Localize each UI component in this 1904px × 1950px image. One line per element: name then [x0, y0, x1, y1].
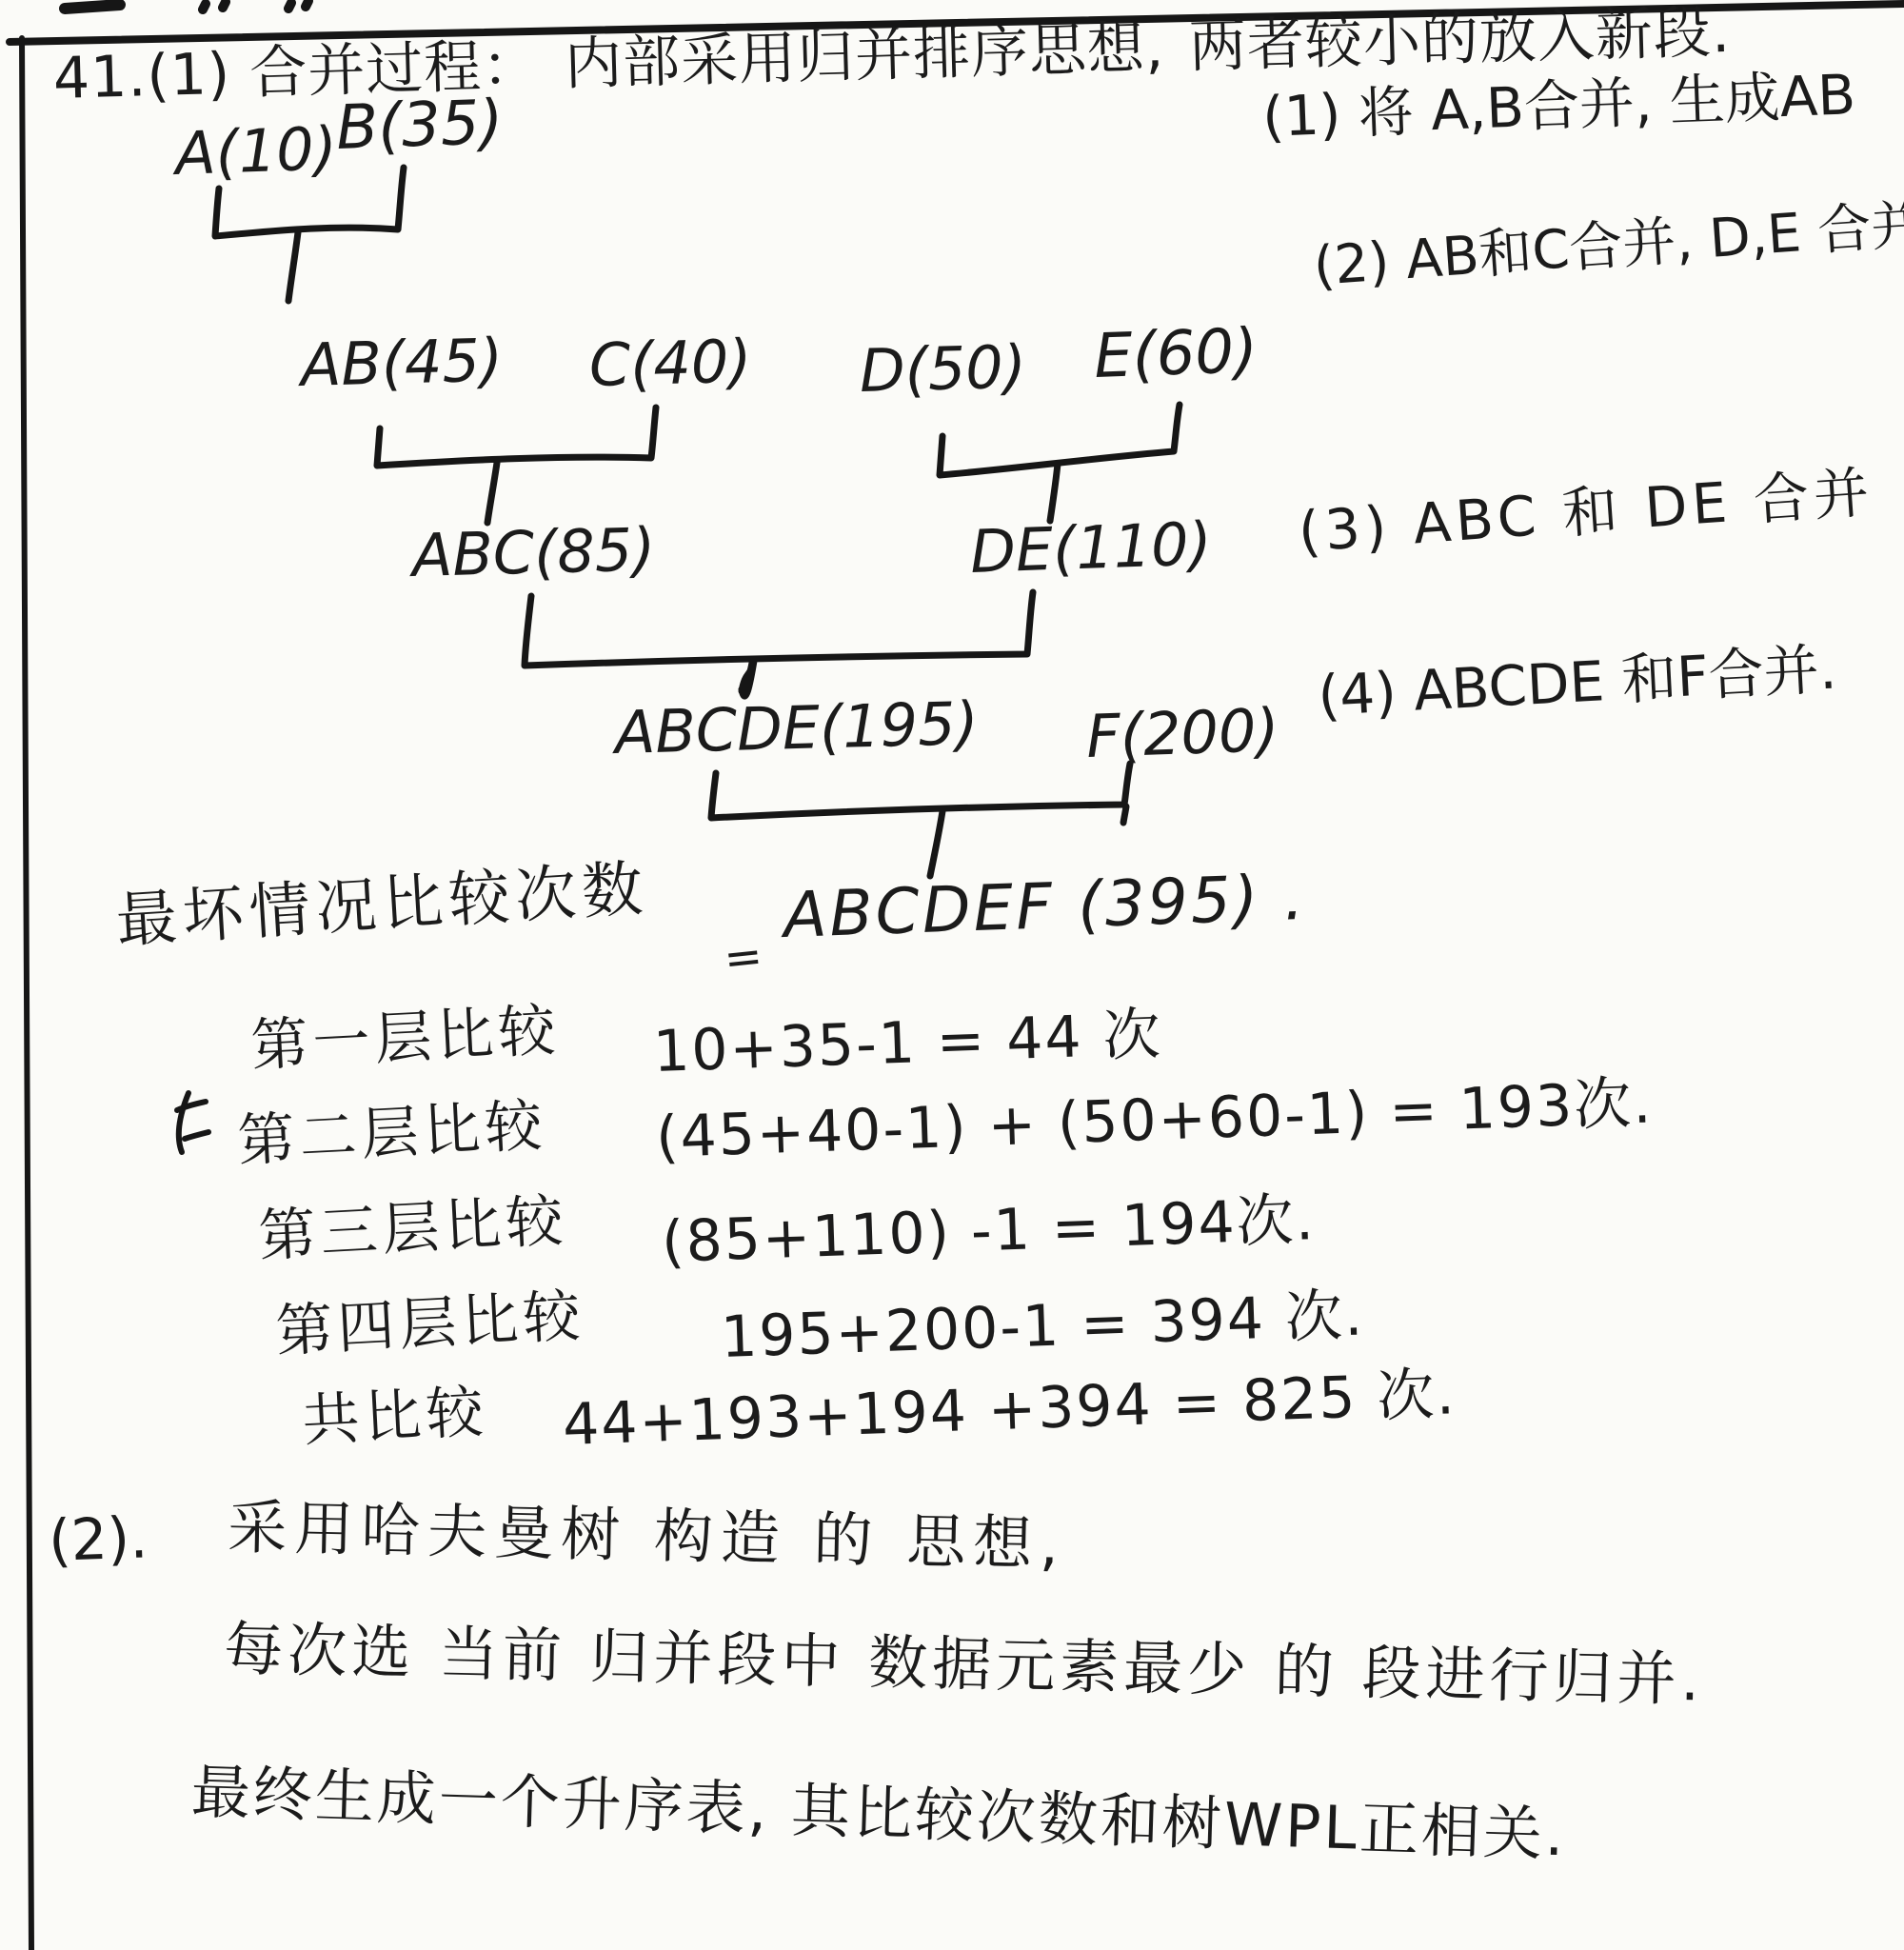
border-left-line [22, 38, 31, 1950]
stray-mark [65, 5, 120, 9]
stray-mark [203, 2, 226, 10]
tree-node-e: E(60) [1093, 318, 1259, 390]
tree-node-de: DE(110) [969, 511, 1213, 585]
merge-bracket-abcde [525, 592, 1033, 666]
tree-node-ab: AB(45) [300, 328, 504, 398]
layer4-label: 第四层比较 [274, 1284, 586, 1363]
layer1-label: 第一层比较 [249, 999, 562, 1078]
tree-node-abcde: ABCDE(195) [614, 691, 980, 766]
tree-node-d: D(50) [859, 334, 1027, 404]
tree-node-abc: ABC(85) [411, 517, 656, 588]
scribble-mark [177, 1093, 208, 1152]
merge-bracket-abc-stem [487, 463, 497, 523]
layer3-label: 第三层比较 [257, 1189, 569, 1268]
stray-mark [288, 1, 308, 9]
merge-bracket-abc [377, 408, 656, 466]
merge-bracket-abcdef-tick [1123, 806, 1126, 823]
merge-bracket-abcdef [711, 764, 1130, 818]
tree-node-a: A(10) [174, 116, 338, 187]
worst-case-equals: = [722, 931, 765, 985]
layer2-label: 第二层比较 [236, 1094, 548, 1173]
merge-bracket-ab-stem [288, 232, 298, 301]
part2-number: (2). [48, 1506, 149, 1573]
total-label: 共比较 [301, 1381, 489, 1453]
tree-node-f: F(200) [1085, 698, 1280, 769]
merge-bracket-abcdef-stem [930, 811, 942, 876]
handwritten-notes-page: 41.(1) 合并过程：内部采用归并排序思想,两者较小的放入新段. (1) 将 … [0, 0, 1904, 1950]
tree-node-b: B(35) [335, 90, 505, 162]
tree-node-c: C(40) [588, 329, 752, 399]
merge-bracket-de-stem [1050, 464, 1058, 521]
